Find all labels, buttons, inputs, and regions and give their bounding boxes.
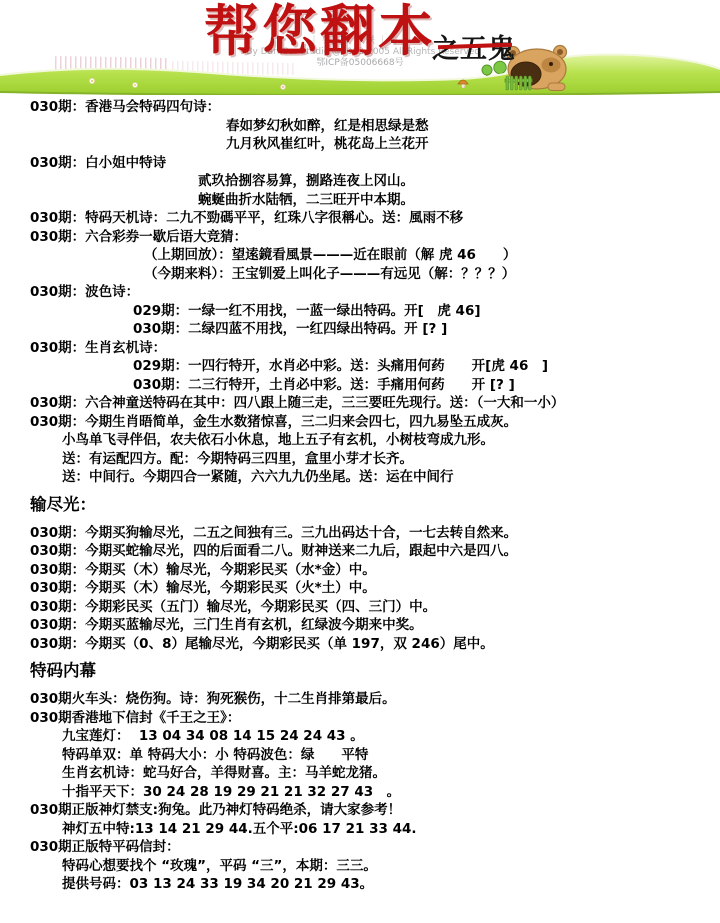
section-heading: 输尽光： xyxy=(30,495,720,515)
text-line: 030期：今期买蛇输尽光，四的后面看二八。财神送来二九后，跟起中六是四八。 xyxy=(0,542,720,561)
content: 030期：香港马会特码四句诗：春如梦幻秋如醉，红是相思绿是愁九月秋风崔红叶，桃花… xyxy=(0,95,720,894)
text-line: 030期：六合神童送特码在其中：四八跟上随三走，三三要旺先现行。送：（一大和一小… xyxy=(0,394,720,413)
text-line: 030期：生肖玄机诗： xyxy=(0,339,720,358)
text-line: 贰玖拾捌容易算，捌路连夜上冈山。 xyxy=(0,172,720,191)
text-line: 九月秋风崔红叶，桃花岛上兰花开 xyxy=(0,135,720,154)
text-line: 030期：今期买（木）输尽光，今期彩民买（火*土）中。 xyxy=(0,579,720,598)
text-line: 特码单双：单 特码大小：小 特码波色：绿 平特 xyxy=(0,746,720,765)
text-line: 030期火车头：烧伤狗。诗：狗死猴伤，十二生肖排第最后。 xyxy=(0,690,720,709)
text-line: 030期正版神灯禁支:狗兔。此乃神灯特码绝杀，请大家参考！ xyxy=(0,801,720,820)
text-line: 小鸟单飞寻伴侣，农夫依石小休息，地上五子有玄机，小树枝弯成九形。 xyxy=(0,431,720,450)
site-title: 帮您翻本之五鬼 xyxy=(0,0,720,62)
text-line: 030期：今期买狗输尽光，二五之间独有三。三九出码达十合，一七去转自然来。 xyxy=(0,524,720,543)
text-line: 030期：六合彩券一歇后语大竞猜： xyxy=(0,228,720,247)
text-line: 030期：波色诗： xyxy=(0,283,720,302)
text-line: 神灯五中特:13 14 21 29 44.五个平:06 17 21 33 44. xyxy=(0,820,720,839)
text-line: 030期：今期彩民买（五门）输尽光，今期彩民买（四、三门）中。 xyxy=(0,598,720,617)
text-line: 030期：今期买（木）输尽光，今期彩民买（水*金）中。 xyxy=(0,561,720,580)
text-line: 030期：特码天机诗：二九不勁碼平平，红珠八字很稱心。送：風雨不移 xyxy=(0,209,720,228)
text-line: 030期：今期买（0、8）尾输尽光，今期彩民买（单 197，双 246）尾中。 xyxy=(0,635,720,654)
text-line: 029期：一四行特开，水肖必中彩。送：头痛用何药 开[虎 46 ] xyxy=(0,357,720,376)
text-line: 九宝莲灯： 13 04 34 08 14 15 24 24 43 。 xyxy=(0,727,720,746)
text-line: 030期：香港马会特码四句诗： xyxy=(0,98,720,117)
text-line: 030期：今期生肖晤简单，金生水数猪惊喜，三二归来会四七，四九易坠五成灰。 xyxy=(0,413,720,432)
text-line: 029期：一绿一红不用找，一蓝一绿出特码。开[ 虎 46] xyxy=(0,302,720,321)
text-line: 提供号码：03 13 24 33 19 34 20 21 29 43。 xyxy=(0,875,720,894)
site-title-main: 帮您翻本 xyxy=(204,0,436,63)
text-line: （今期来料）：王宝钏爱上叫化子———有远见（解：？？？） xyxy=(0,265,720,284)
text-line: 030期正版特平码信封： xyxy=(0,838,720,857)
text-line: 030期：白小姐中特诗 xyxy=(0,154,720,173)
text-line: 特码心想要找个 “玫瑰”，平码 “三”，本期：三三。 xyxy=(0,857,720,876)
text-line: 030期：二绿四蓝不用找，一红四绿出特码。开 [? ] xyxy=(0,320,720,339)
text-line: 送：中间行。今期四合一紧随，六六九九仍坐尾。送：运在中间行 xyxy=(0,468,720,487)
section-heading: 特码内幕 xyxy=(30,661,720,681)
text-line: （上期回放）：望逺鏡看風景———近在眼前（解 虎 46 ） xyxy=(0,246,720,265)
text-line: 十指平天下：30 24 28 19 29 21 21 32 27 43 。 xyxy=(0,783,720,802)
text-line: 030期：二三行特开，土肖必中彩。送：手痛用何药 开 [? ] xyxy=(0,376,720,395)
header: ｜ 事备 ｜ ｜ 联 ｜ 方 ｜ t By DarkCar Studio @20… xyxy=(0,0,720,95)
text-line: 春如梦幻秋如醉，红是相思绿是愁 xyxy=(0,117,720,136)
text-line: 蜿蜒曲折水陆牺，二三旺开中本期。 xyxy=(0,191,720,210)
text-line: 生肖玄机诗：蛇马好合，羊得财喜。主：马羊蛇龙猪。 xyxy=(0,764,720,783)
text-line: 030期：今期买蓝输尽光，三门生肖有玄机，红绿波今期来中奖。 xyxy=(0,616,720,635)
page: ｜ 事备 ｜ ｜ 联 ｜ 方 ｜ t By DarkCar Studio @20… xyxy=(0,0,720,923)
text-line: 送：有运配四方。配：今期特码三四里，盒里小芽才长齐。 xyxy=(0,450,720,469)
text-line: 030期香港地下信封《千王之王》： xyxy=(0,709,720,728)
